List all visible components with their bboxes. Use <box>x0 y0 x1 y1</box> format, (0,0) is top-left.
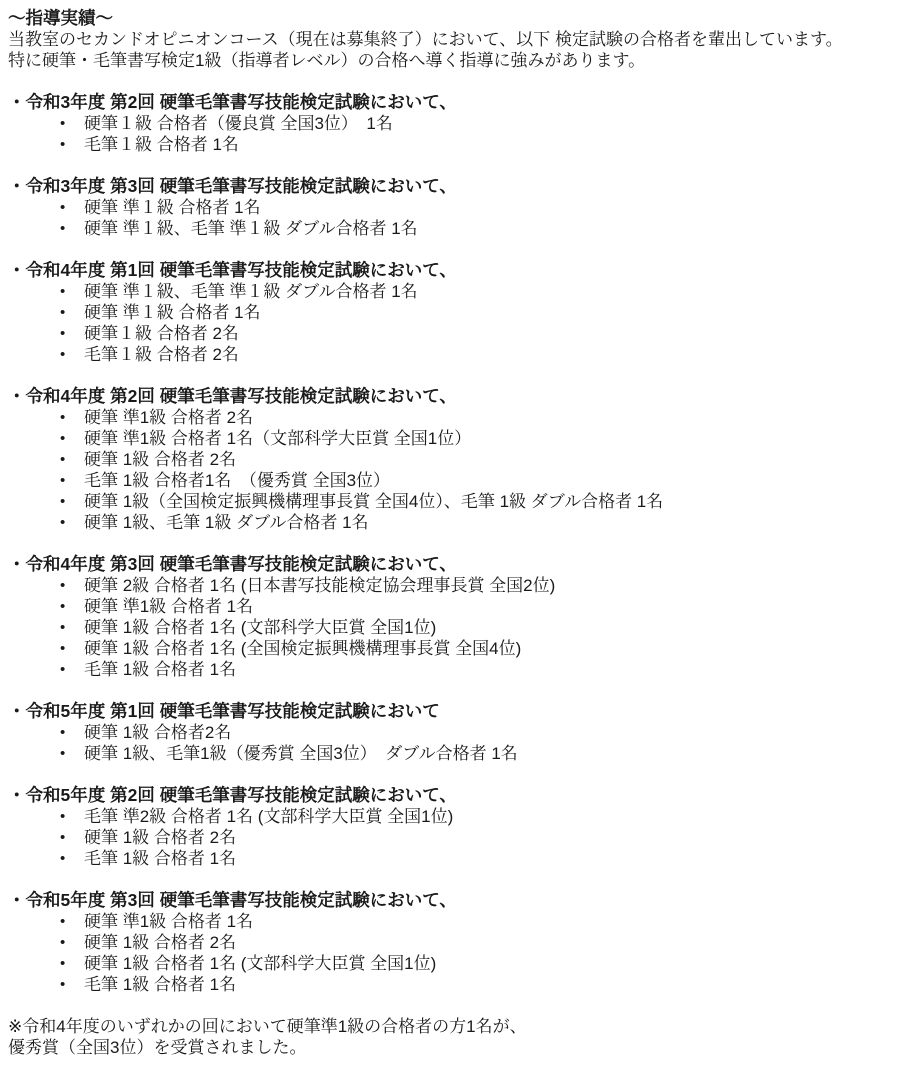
footer-line-1: ※令和4年度のいずれかの回において硬筆準1級の合格者の方1名が、 <box>8 1016 900 1037</box>
section-heading-8: ・令和5年度 第3回 硬筆毛筆書写技能検定試験において、 <box>8 890 900 911</box>
section-heading-7: ・令和5年度 第2回 硬筆毛筆書写技能検定試験において、 <box>8 785 900 806</box>
section-heading-2: ・令和3年度 第3回 硬筆毛筆書写技能検定試験において、 <box>8 176 900 197</box>
result-item: 毛筆 1級 合格者1名 （優秀賞 全国3位） <box>8 470 900 491</box>
result-item: 硬筆 1級、毛筆 1級 ダブル合格者 1名 <box>8 512 900 533</box>
result-item: 硬筆 準１級、毛筆 準１級 ダブル合格者 1名 <box>8 218 900 239</box>
result-item: 硬筆 準1級 合格者 1名（文部科学大臣賞 全国1位） <box>8 428 900 449</box>
result-item: 硬筆 1級 合格者 2名 <box>8 827 900 848</box>
result-list-2: 硬筆 準１級 合格者 1名硬筆 準１級、毛筆 準１級 ダブル合格者 1名 <box>8 197 900 239</box>
result-item: 硬筆 準１級、毛筆 準１級 ダブル合格者 1名 <box>8 281 900 302</box>
page-title: ～指導実績～ <box>8 8 900 29</box>
result-item: 毛筆 1級 合格者 1名 <box>8 974 900 995</box>
result-item: 硬筆 1級 合格者 2名 <box>8 449 900 470</box>
result-item: 硬筆 準１級 合格者 1名 <box>8 302 900 323</box>
result-item: 硬筆 準１級 合格者 1名 <box>8 197 900 218</box>
result-item: 硬筆１級 合格者（優良賞 全国3位） 1名 <box>8 113 900 134</box>
section-heading-1: ・令和3年度 第2回 硬筆毛筆書写技能検定試験において、 <box>8 92 900 113</box>
result-item: 硬筆 準1級 合格者 1名 <box>8 596 900 617</box>
footer-line-2: 優秀賞（全国3位）を受賞されました。 <box>8 1037 900 1058</box>
section-heading-6: ・令和5年度 第1回 硬筆毛筆書写技能検定試験において <box>8 701 900 722</box>
result-list-3: 硬筆 準１級、毛筆 準１級 ダブル合格者 1名硬筆 準１級 合格者 1名硬筆１級… <box>8 281 900 365</box>
intro-line-2: 特に硬筆・毛筆書写検定1級（指導者レベル）の合格へ導く指導に強みがあります。 <box>8 50 900 71</box>
result-list-1: 硬筆１級 合格者（優良賞 全国3位） 1名毛筆１級 合格者 1名 <box>8 113 900 155</box>
section-heading-4: ・令和4年度 第2回 硬筆毛筆書写技能検定試験において、 <box>8 386 900 407</box>
result-list-8: 硬筆 準1級 合格者 1名硬筆 1級 合格者 2名硬筆 1級 合格者 1名 (文… <box>8 911 900 995</box>
section-heading-5: ・令和4年度 第3回 硬筆毛筆書写技能検定試験において、 <box>8 554 900 575</box>
section-heading-3: ・令和4年度 第1回 硬筆毛筆書写技能検定試験において、 <box>8 260 900 281</box>
result-item: 硬筆 1級 合格者 1名 (全国検定振興機構理事長賞 全国4位) <box>8 638 900 659</box>
sections-container: ・令和3年度 第2回 硬筆毛筆書写技能検定試験において、硬筆１級 合格者（優良賞… <box>8 92 900 995</box>
document-page: ～指導実績～ 当教室のセカンドオピニオンコース（現在は募集終了）において、以下 … <box>0 0 914 1082</box>
result-item: 毛筆１級 合格者 1名 <box>8 134 900 155</box>
result-item: 硬筆 準1級 合格者 1名 <box>8 911 900 932</box>
result-item: 毛筆１級 合格者 2名 <box>8 344 900 365</box>
result-item: 硬筆 1級 合格者 1名 (文部科学大臣賞 全国1位) <box>8 617 900 638</box>
result-list-5: 硬筆 2級 合格者 1名 (日本書写技能検定協会理事長賞 全国2位)硬筆 準1級… <box>8 575 900 680</box>
result-list-6: 硬筆 1級 合格者2名硬筆 1級、毛筆1級（優秀賞 全国3位） ダブル合格者 1… <box>8 722 900 764</box>
result-item: 硬筆 1級 合格者 2名 <box>8 932 900 953</box>
result-item: 硬筆 1級、毛筆1級（優秀賞 全国3位） ダブル合格者 1名 <box>8 743 900 764</box>
result-item: 硬筆 準1級 合格者 2名 <box>8 407 900 428</box>
result-item: 硬筆 1級 合格者2名 <box>8 722 900 743</box>
result-list-4: 硬筆 準1級 合格者 2名硬筆 準1級 合格者 1名（文部科学大臣賞 全国1位）… <box>8 407 900 533</box>
footer-note: ※令和4年度のいずれかの回において硬筆準1級の合格者の方1名が、 優秀賞（全国3… <box>8 1016 900 1058</box>
intro-line-1: 当教室のセカンドオピニオンコース（現在は募集終了）において、以下 検定試験の合格… <box>8 29 900 50</box>
result-item: 毛筆 1級 合格者 1名 <box>8 848 900 869</box>
result-item: 硬筆 2級 合格者 1名 (日本書写技能検定協会理事長賞 全国2位) <box>8 575 900 596</box>
result-item: 硬筆 1級（全国検定振興機構理事長賞 全国4位）、毛筆 1級 ダブル合格者 1名 <box>8 491 900 512</box>
result-item: 毛筆 準2級 合格者 1名 (文部科学大臣賞 全国1位) <box>8 806 900 827</box>
result-list-7: 毛筆 準2級 合格者 1名 (文部科学大臣賞 全国1位)硬筆 1級 合格者 2名… <box>8 806 900 869</box>
result-item: 毛筆 1級 合格者 1名 <box>8 659 900 680</box>
result-item: 硬筆 1級 合格者 1名 (文部科学大臣賞 全国1位) <box>8 953 900 974</box>
result-item: 硬筆１級 合格者 2名 <box>8 323 900 344</box>
